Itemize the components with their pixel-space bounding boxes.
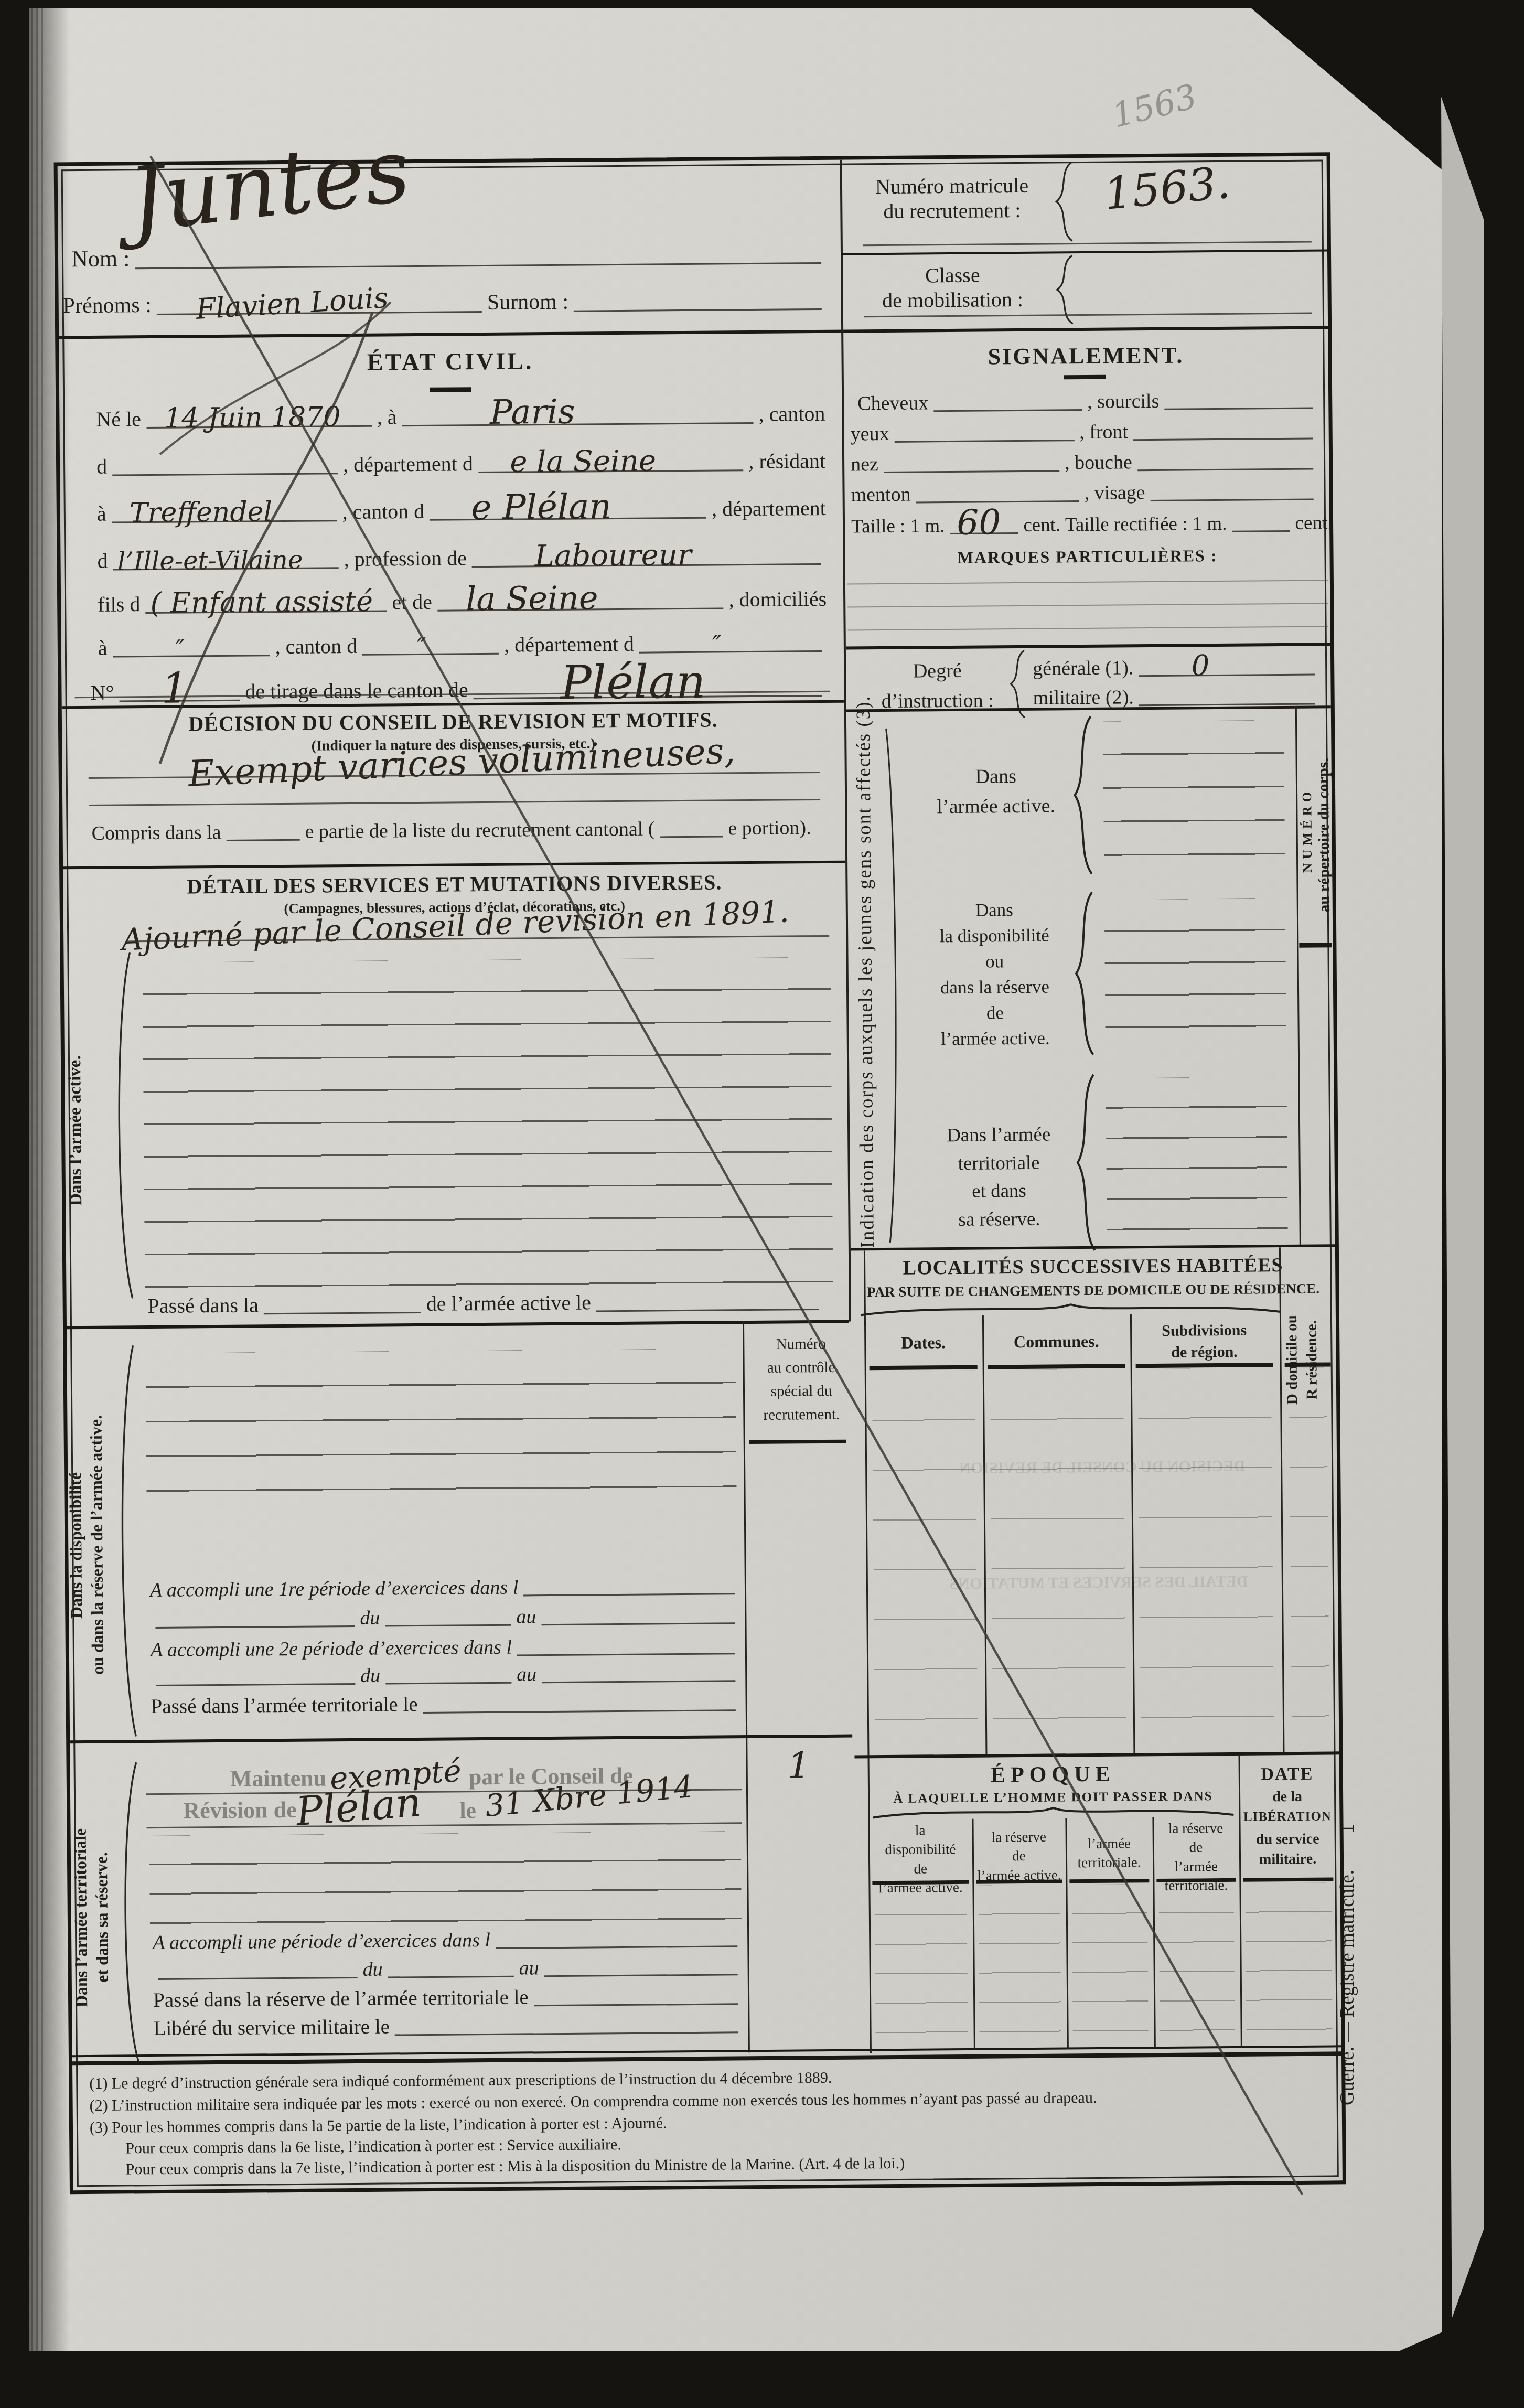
document-page: 1563 Guerre. — Registre matricule. 1 Jun… [29,8,1442,2351]
page-edge-behind [1441,63,1484,2318]
pen-stroke-layer [29,8,1442,2351]
scanned-photo: { "pencil_number": "1563", "side_label":… [0,0,1524,2408]
signature-flourish [160,313,372,764]
diagonal-pen-stroke [151,156,1302,2195]
